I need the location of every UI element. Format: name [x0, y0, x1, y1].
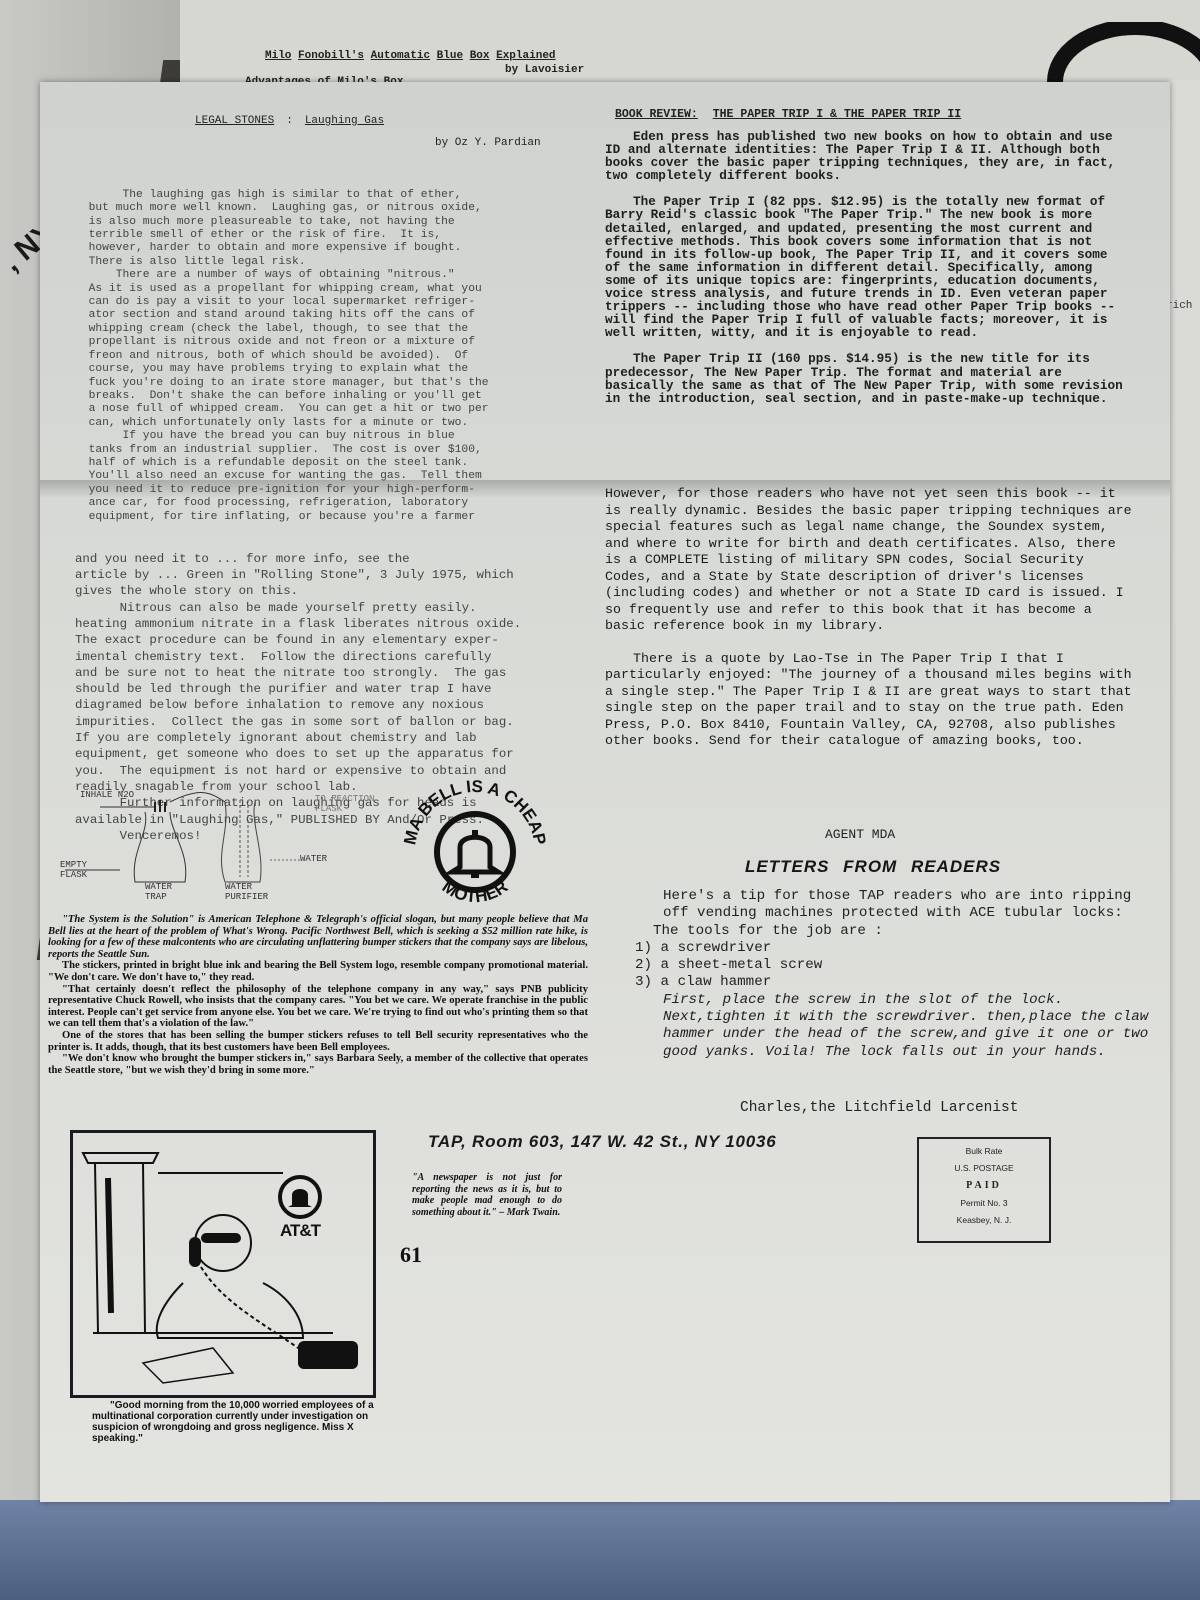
tap-address: TAP, Room 603, 147 W. 42 St., NY 10036 [428, 1132, 777, 1152]
book-review-heading: BOOK REVIEW: THE PAPER TRIP I & THE PAPE… [615, 108, 969, 121]
book-review-signature: AGENT MDA [825, 827, 895, 842]
bell-icon [278, 1175, 322, 1219]
back-sheet-byline: by Lavoisier [505, 64, 584, 76]
letters-heading: LETTERS FROM READERS [745, 857, 1001, 877]
operator-cartoon: AT&T [70, 1130, 376, 1398]
ma-bell-logo: MA BELL IS A CHEAP MOTHER [400, 772, 550, 922]
page-number: 61 [400, 1242, 422, 1268]
news-clipping: "The System is the Solution" is American… [48, 914, 588, 1076]
tool-item: 2) a sheet-metal screw [635, 957, 1155, 974]
letters-body: Here's a tip for those TAP readers who a… [635, 888, 1155, 1061]
apparatus-diagram: INHALE N2O EMPTY FLASK WATER TRAP WATER … [60, 782, 420, 902]
background-right-sheet: 2 rich [1170, 80, 1200, 1500]
operator-illustration-icon [73, 1133, 373, 1395]
svg-text:MOTHER: MOTHER [439, 877, 512, 906]
article-body-part-1: The laughing gas high is similar to that… [75, 189, 595, 524]
article-heading: LEGAL STONES:Laughing Gas [195, 115, 396, 127]
att-logo: AT&T [278, 1175, 322, 1241]
tool-item: 3) a claw hammer [635, 974, 1155, 991]
tool-item: 1) a screwdriver [635, 940, 1155, 957]
article-byline: by Oz Y. Pardian [435, 137, 541, 149]
postage-indicia: Bulk Rate U.S. POSTAGE PAID Permit No. 3… [917, 1137, 1051, 1243]
newsletter-page: LEGAL STONES:Laughing Gas by Oz Y. Pardi… [40, 82, 1170, 1502]
background-fabric [0, 1500, 1200, 1600]
cartoon-caption: "Good morning from the 10,000 worried em… [92, 1400, 392, 1444]
twain-quote: "A newspaper is not just for reporting t… [412, 1172, 562, 1219]
letter-signature: Charles,the Litchfield Larcenist [740, 1100, 1018, 1116]
back-sheet-title: Milo Fonobill's Automatic Blue Box Expla… [265, 50, 556, 62]
article-body: The laughing gas high is similar to that… [75, 162, 595, 871]
book-review-body: However, for those readers who have not … [605, 486, 1135, 766]
book-review-body-dense: Eden press has published two new books o… [605, 130, 1125, 405]
